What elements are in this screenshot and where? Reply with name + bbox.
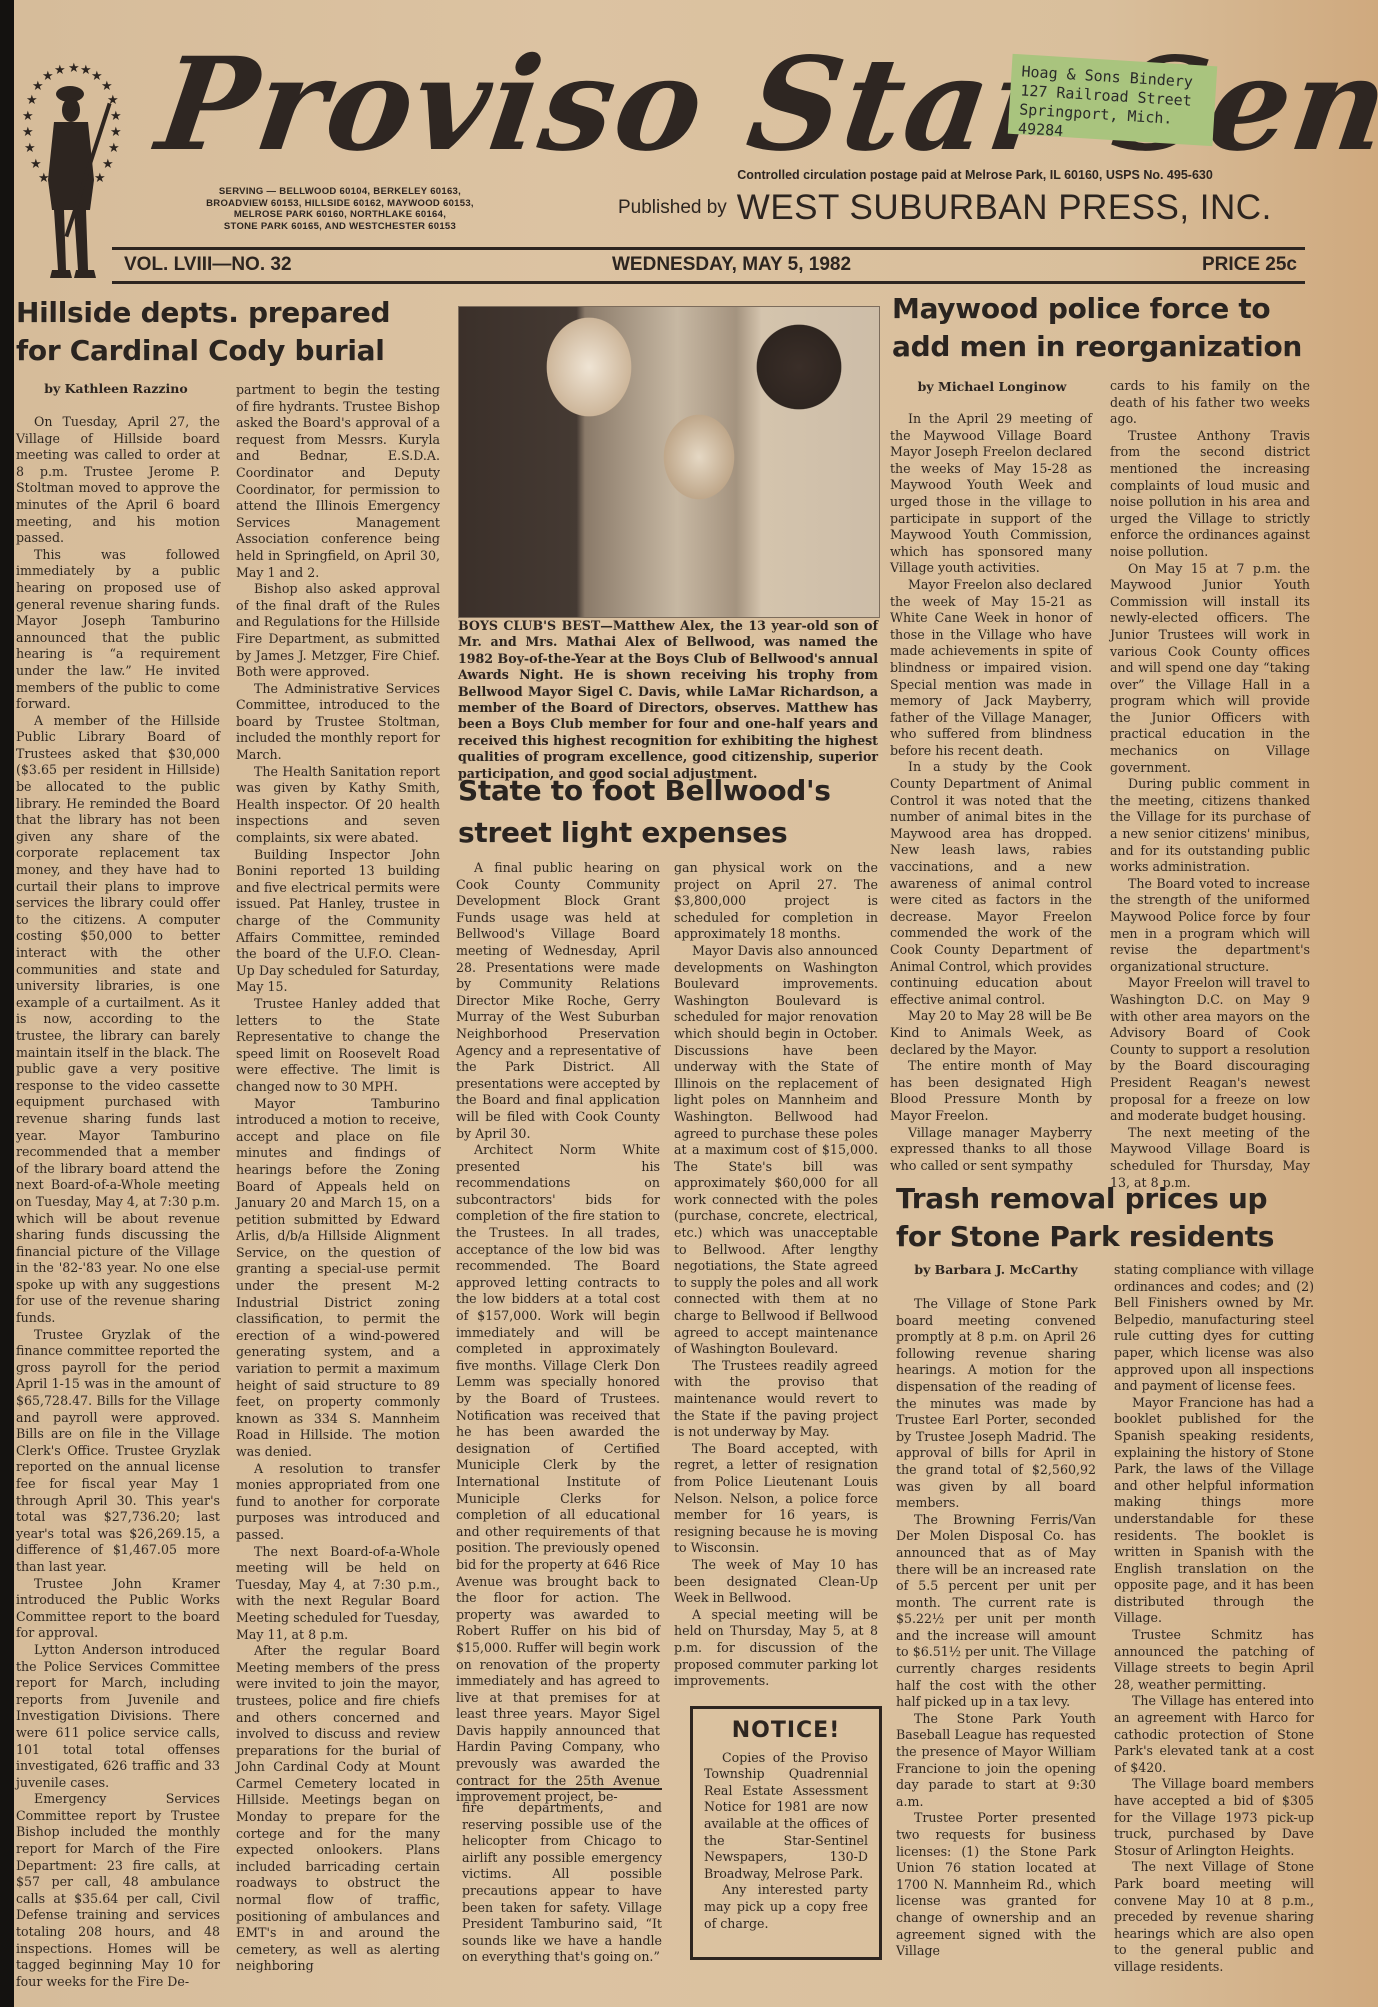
paragraph: The Trustees readily agreed with the pro… xyxy=(674,1358,878,1441)
paragraph: gan physical work on the project on Apri… xyxy=(674,860,878,943)
svg-text:★: ★ xyxy=(68,61,80,76)
svg-text:★: ★ xyxy=(42,69,54,84)
svg-text:★: ★ xyxy=(94,171,106,186)
paragraph: May 20 to May 28 will be Be Kind to Anim… xyxy=(890,1008,1092,1058)
paragraph: Trustee Schmitz has announced the patchi… xyxy=(1114,1627,1314,1693)
paragraph: The Board voted to increase the strength… xyxy=(1110,876,1310,976)
maywood-column-2: cards to his family on the death of his … xyxy=(1110,378,1310,1191)
minuteman-star-logo-icon: ★★★★★ ★★★★★★ ★★★★★★★★★ xyxy=(14,60,124,290)
service-line: STONE PARK 60165, AND WESTCHESTER 60153 xyxy=(160,221,520,233)
paragraph: Mayor Francione has had a booklet publis… xyxy=(1114,1395,1314,1627)
paragraph: partment to begin the testing of fire hy… xyxy=(236,382,440,581)
svg-text:★: ★ xyxy=(108,141,120,156)
paragraph: Trustee John Kramer introduced the Publi… xyxy=(16,1576,220,1642)
paragraph: On Tuesday, April 27, the Village of Hil… xyxy=(16,414,220,547)
svg-text:★: ★ xyxy=(24,141,36,156)
mailing-label: Hoag & Sons Bindery 127 Railroad Street … xyxy=(1008,54,1218,146)
paragraph: A special meeting will be held on Thursd… xyxy=(674,1607,878,1690)
maywood-byline: by Michael Longinow xyxy=(892,379,1092,394)
hillside-byline: by Kathleen Razzino xyxy=(16,381,216,396)
svg-text:★: ★ xyxy=(80,63,92,78)
paragraph: In a study by the Cook County Department… xyxy=(890,759,1092,1008)
dateline: VOL. LVIII—NO. 32 WEDNESDAY, MAY 5, 1982… xyxy=(112,251,1305,279)
headline-line: State to foot Bellwood's xyxy=(458,772,878,810)
masthead-rule-top xyxy=(112,247,1305,250)
paragraph: Copies of the Proviso Township Quadrenni… xyxy=(704,1750,868,1883)
paragraph: The Stone Park Youth Baseball League has… xyxy=(896,1711,1096,1811)
paragraph: After the regular Board Meeting members … xyxy=(236,1643,440,1975)
paragraph: In the April 29 meeting of the Maywood V… xyxy=(890,411,1092,577)
masthead-rule-bottom xyxy=(112,281,1305,284)
paragraph: Building Inspector John Bonini reported … xyxy=(236,847,440,996)
stonepark-headline: Trash removal prices up for Stone Park r… xyxy=(896,1180,1336,1256)
paragraph: The week of May 10 has been designated C… xyxy=(674,1557,878,1607)
stonepark-byline: by Barbara J. McCarthy xyxy=(896,1262,1096,1277)
paragraph: cards to his family on the death of his … xyxy=(1110,378,1310,428)
service-line: BROADVIEW 60153, HILLSIDE 60162, MAYWOOD… xyxy=(160,198,520,210)
headline-line: Maywood police force to xyxy=(892,290,1332,328)
paragraph: The Village of Stone Park board meeting … xyxy=(896,1296,1096,1512)
paragraph: A resolution to transfer monies appropri… xyxy=(236,1461,440,1544)
price: PRICE 25c xyxy=(1202,251,1297,279)
paragraph: A member of the Hillside Public Library … xyxy=(16,713,220,1327)
boys-club-photo xyxy=(458,306,880,618)
headline-line: for Stone Park residents xyxy=(896,1218,1336,1256)
paragraph: fire departments, and reserving possible… xyxy=(462,1800,662,1966)
paragraph: Trustee Anthony Travis from the second d… xyxy=(1110,428,1310,561)
paragraph: Trustee Porter presented two requests fo… xyxy=(896,1810,1096,1959)
svg-text:★: ★ xyxy=(30,157,42,172)
paragraph: The Board accepted, with regret, a lette… xyxy=(674,1441,878,1557)
paragraph: Lytton Anderson introduced the Police Se… xyxy=(16,1642,220,1791)
published-by-label: Published by xyxy=(618,197,727,218)
scan-edge xyxy=(0,0,14,2007)
headline-line: Trash removal prices up xyxy=(896,1180,1336,1218)
paragraph: Trustee Gryzlak of the finance committee… xyxy=(16,1327,220,1576)
svg-text:★: ★ xyxy=(22,109,34,124)
notice-box: NOTICE! Copies of the Proviso Township Q… xyxy=(690,1706,882,1960)
stonepark-column-2: stating compliance with village ordinanc… xyxy=(1114,1262,1314,1976)
hillside-column-1: On Tuesday, April 27, the Village of Hil… xyxy=(16,414,220,1990)
paragraph: Architect Norm White presented his recom… xyxy=(456,1142,660,1806)
paragraph: The Administrative Services Committee, i… xyxy=(236,681,440,764)
paragraph: Emergency Services Committee report by T… xyxy=(16,1791,220,1990)
paragraph: Trustee Hanley added that letters to the… xyxy=(236,996,440,1096)
service-line: MELROSE PARK 60160, NORTHLAKE 60164, xyxy=(160,209,520,221)
svg-text:★: ★ xyxy=(26,93,38,108)
volume-number: VOL. LVIII—NO. 32 xyxy=(124,251,292,279)
svg-text:★: ★ xyxy=(110,109,122,124)
bellwood-column-2: gan physical work on the project on Apri… xyxy=(674,860,878,1690)
paragraph: A final public hearing on Cook County Co… xyxy=(456,860,660,1142)
issue-date: WEDNESDAY, MAY 5, 1982 xyxy=(612,251,851,279)
service-area: SERVING — BELLWOOD 60104, BERKELEY 60163… xyxy=(160,186,520,232)
paragraph: stating compliance with village ordinanc… xyxy=(1114,1262,1314,1395)
paragraph: The Health Sanitation report was given b… xyxy=(236,764,440,847)
notice-title: NOTICE! xyxy=(704,1723,868,1740)
paragraph: Mayor Tamburino introduced a motion to r… xyxy=(236,1096,440,1461)
bellwood-column-1: A final public hearing on Cook County Co… xyxy=(456,860,660,1806)
svg-text:★: ★ xyxy=(110,125,122,140)
paragraph: The next Village of Stone Park board mee… xyxy=(1114,1859,1314,1975)
photo-caption: BOYS CLUB'S BEST—Matthew Alex, the 13 ye… xyxy=(458,618,878,782)
headline-line: add men in reorganization xyxy=(892,328,1332,366)
service-line: SERVING — BELLWOOD 60104, BERKELEY 60163… xyxy=(160,186,520,198)
paragraph: Mayor Freelon will travel to Washington … xyxy=(1110,975,1310,1124)
stonepark-column-1: The Village of Stone Park board meeting … xyxy=(896,1296,1096,1960)
svg-text:★: ★ xyxy=(22,125,34,140)
paragraph: The Browning Ferris/Van Der Molen Dispos… xyxy=(896,1512,1096,1711)
paragraph: The entire month of May has been designa… xyxy=(890,1058,1092,1124)
paragraph: This was followed immediately by a publi… xyxy=(16,547,220,713)
column-divider xyxy=(462,1788,662,1790)
svg-text:★: ★ xyxy=(54,63,66,78)
paragraph: The Village has entered into an agreemen… xyxy=(1114,1693,1314,1776)
bellwood-headline: State to foot Bellwood's street light ex… xyxy=(458,772,878,852)
postage-notice: Controlled circulation postage paid at M… xyxy=(675,168,1275,182)
headline-line: for Cardinal Cody burial xyxy=(16,332,436,370)
svg-text:★: ★ xyxy=(32,79,44,94)
publisher-line: Published byWEST SUBURBAN PRESS, INC. xyxy=(618,188,1318,228)
paragraph: Bishop also asked approval of the final … xyxy=(236,581,440,681)
paragraph: Mayor Freelon also declared the week of … xyxy=(890,577,1092,760)
paragraph: Any interested party may pick up a copy … xyxy=(704,1882,868,1932)
paragraph: On May 15 at 7 p.m. the Maywood Junior Y… xyxy=(1110,561,1310,777)
paragraph: During public comment in the meeting, ci… xyxy=(1110,776,1310,876)
svg-text:★: ★ xyxy=(102,157,114,172)
hillside-column-2: partment to begin the testing of fire hy… xyxy=(236,382,440,1975)
headline-line: street light expenses xyxy=(458,814,878,852)
paragraph: The Village board members have accepted … xyxy=(1114,1776,1314,1859)
maywood-headline: Maywood police force to add men in reorg… xyxy=(892,290,1332,366)
paragraph: Mayor Davis also announced developments … xyxy=(674,943,878,1358)
hillside-continuation: fire departments, and reserving possible… xyxy=(462,1800,662,1966)
svg-text:★: ★ xyxy=(101,79,113,94)
paragraph: The next Board-of-a-Whole meeting will b… xyxy=(236,1544,440,1644)
hillside-headline: Hillside depts. prepared for Cardinal Co… xyxy=(16,294,436,370)
maywood-column-1: In the April 29 meeting of the Maywood V… xyxy=(890,411,1092,1174)
headline-line: Hillside depts. prepared xyxy=(16,294,436,332)
publisher-name: WEST SUBURBAN PRESS, INC. xyxy=(737,188,1272,227)
paragraph: Village manager Mayberry expressed thank… xyxy=(890,1125,1092,1175)
